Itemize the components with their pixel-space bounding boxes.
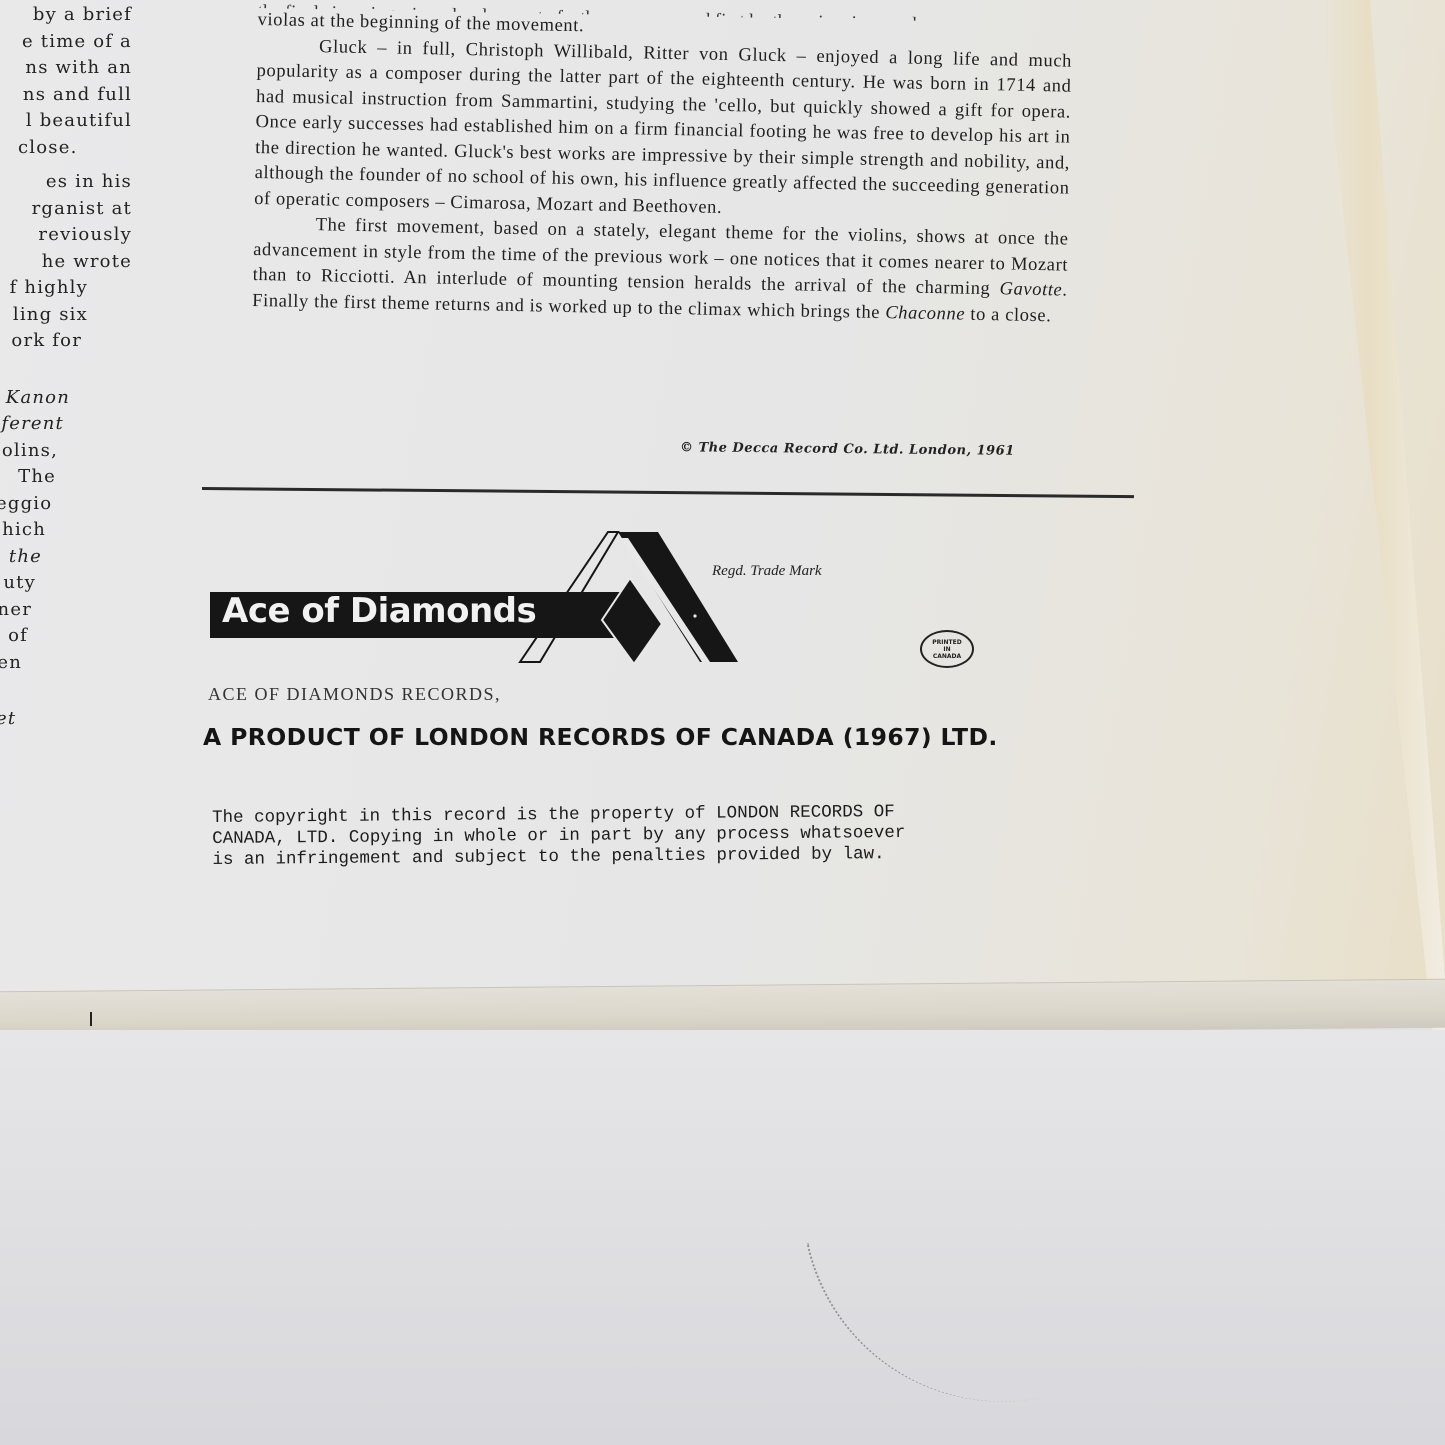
gavotte-title: Gavotte xyxy=(999,279,1062,300)
records-name: ACE OF DIAMONDS RECORDS, xyxy=(208,684,501,705)
ace-of-diamonds-logo: Ace of Diamonds xyxy=(210,528,750,668)
text-line: reviously xyxy=(0,222,132,249)
text-line: uty xyxy=(0,570,132,597)
text-line: rganist at xyxy=(0,196,132,223)
text-line: f highly xyxy=(0,275,132,302)
stamp-line: IN xyxy=(922,646,972,653)
text-line: eggio xyxy=(0,491,132,518)
text-line: ns with an xyxy=(0,55,132,82)
liner-notes: the finale is an ingenious development o… xyxy=(252,0,1073,330)
text-line: he wrote xyxy=(0,249,132,276)
stamp-line: PRINTED xyxy=(922,639,972,646)
text-line: es in his xyxy=(0,169,132,196)
text-line: l beautiful xyxy=(0,108,132,135)
left-column-text: by a brief e time of a ns with an ns and… xyxy=(0,2,132,733)
text-run: to a close. xyxy=(965,304,1052,326)
text-line: e time of a xyxy=(0,29,132,56)
text-line: ferent xyxy=(0,411,132,438)
trademark-note: Regd. Trade Mark xyxy=(712,563,822,580)
text-line: en xyxy=(0,650,132,677)
text-run: The first movement, based on a stately, … xyxy=(253,215,1069,299)
stamp-line: CANADA xyxy=(922,653,972,660)
text-line: hich xyxy=(0,517,132,544)
sleeve-mark xyxy=(90,1012,92,1026)
chaconne-title: Chaconne xyxy=(885,303,965,325)
text-line: Kanon xyxy=(0,385,132,412)
copyright-notice: The copyright in this record is the prop… xyxy=(212,802,953,871)
printed-in-canada-stamp: PRINTED IN CANADA xyxy=(920,630,974,668)
text-line: The xyxy=(0,464,132,491)
text-line: close. xyxy=(0,135,132,162)
paragraph-first-movement: The first movement, based on a stately, … xyxy=(252,212,1069,330)
paragraph-gluck-bio: Gluck – in full, Christoph Willibald, Ri… xyxy=(254,33,1072,227)
text-line: the xyxy=(0,544,132,571)
text-line: ner xyxy=(0,597,132,624)
product-line: A PRODUCT OF LONDON RECORDS OF CANADA (1… xyxy=(203,723,998,751)
text-line: olins, xyxy=(0,438,132,465)
text-line: ns and full xyxy=(0,82,132,109)
text-line: ling six xyxy=(0,302,132,329)
text-line: et xyxy=(0,706,132,733)
text-line: ork for xyxy=(0,328,132,355)
table-surface xyxy=(0,1030,1445,1445)
diamond-a-icon xyxy=(510,528,750,668)
logo-wordmark: Ace of Diamonds xyxy=(222,591,536,631)
text-line: by a brief xyxy=(0,2,132,29)
text-line: of xyxy=(0,623,132,650)
